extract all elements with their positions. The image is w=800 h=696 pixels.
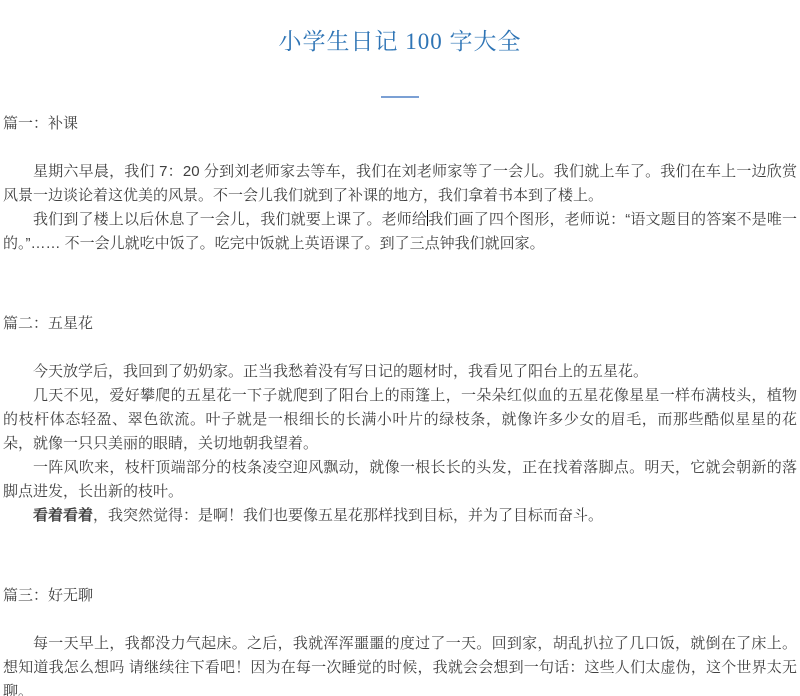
paragraph-text-before-caret: 我们到了楼上以后休息了一会儿，我们就要上课了。老师给 (33, 211, 427, 228)
title-divider (381, 96, 419, 98)
paragraph-bold-lead: 看着看着 (33, 507, 93, 524)
section-heading: 篇三：好无聊 (3, 584, 797, 608)
paragraph: 星期六早晨，我们 7：20 分到刘老师家去等车，我们在刘老师家等了一会儿。我们就… (3, 160, 797, 208)
paragraph-with-caret: 我们到了楼上以后休息了一会儿，我们就要上课了。老师给我们画了四个图形，老师说：“… (3, 208, 797, 256)
paragraph-text-after-lead: ，我突然觉得：是啊！我们也要像五星花那样找到目标，并为了目标而奋斗。 (93, 507, 603, 524)
paragraph: 一阵风吹来，枝杆顶端部分的枝条凌空迎风飘动，就像一根长长的头发，正在找着落脚点。… (3, 456, 797, 504)
paragraph: 几天不见，爱好攀爬的五星花一下子就爬到了阳台上的雨篷上，一朵朵红似血的五星花像星… (3, 384, 797, 456)
section-heading: 篇二：五星花 (3, 312, 797, 336)
paragraph: 每一天早上，我都没力气起床。之后，我就浑浑噩噩的度过了一天。回到家，胡乱扒拉了几… (3, 632, 797, 696)
section-diary-2: 篇二：五星花 今天放学后，我回到了奶奶家。正当我愁着没有写日记的题材时，我看见了… (3, 312, 797, 528)
section-heading: 篇一：补课 (3, 112, 797, 136)
paragraph: 今天放学后，我回到了奶奶家。正当我愁着没有写日记的题材时，我看见了阳台上的五星花… (3, 360, 797, 384)
section-diary-1: 篇一：补课 星期六早晨，我们 7：20 分到刘老师家去等车，我们在刘老师家等了一… (3, 112, 797, 256)
section-diary-3: 篇三：好无聊 每一天早上，我都没力气起床。之后，我就浑浑噩噩的度过了一天。回到家… (3, 584, 797, 696)
paragraph-with-bold-lead: 看着看着，我突然觉得：是啊！我们也要像五星花那样找到目标，并为了目标而奋斗。 (3, 504, 797, 528)
page-title: 小学生日记 100 字大全 (3, 26, 797, 58)
document-page: 小学生日记 100 字大全 篇一：补课 星期六早晨，我们 7：20 分到刘老师家… (0, 26, 800, 696)
